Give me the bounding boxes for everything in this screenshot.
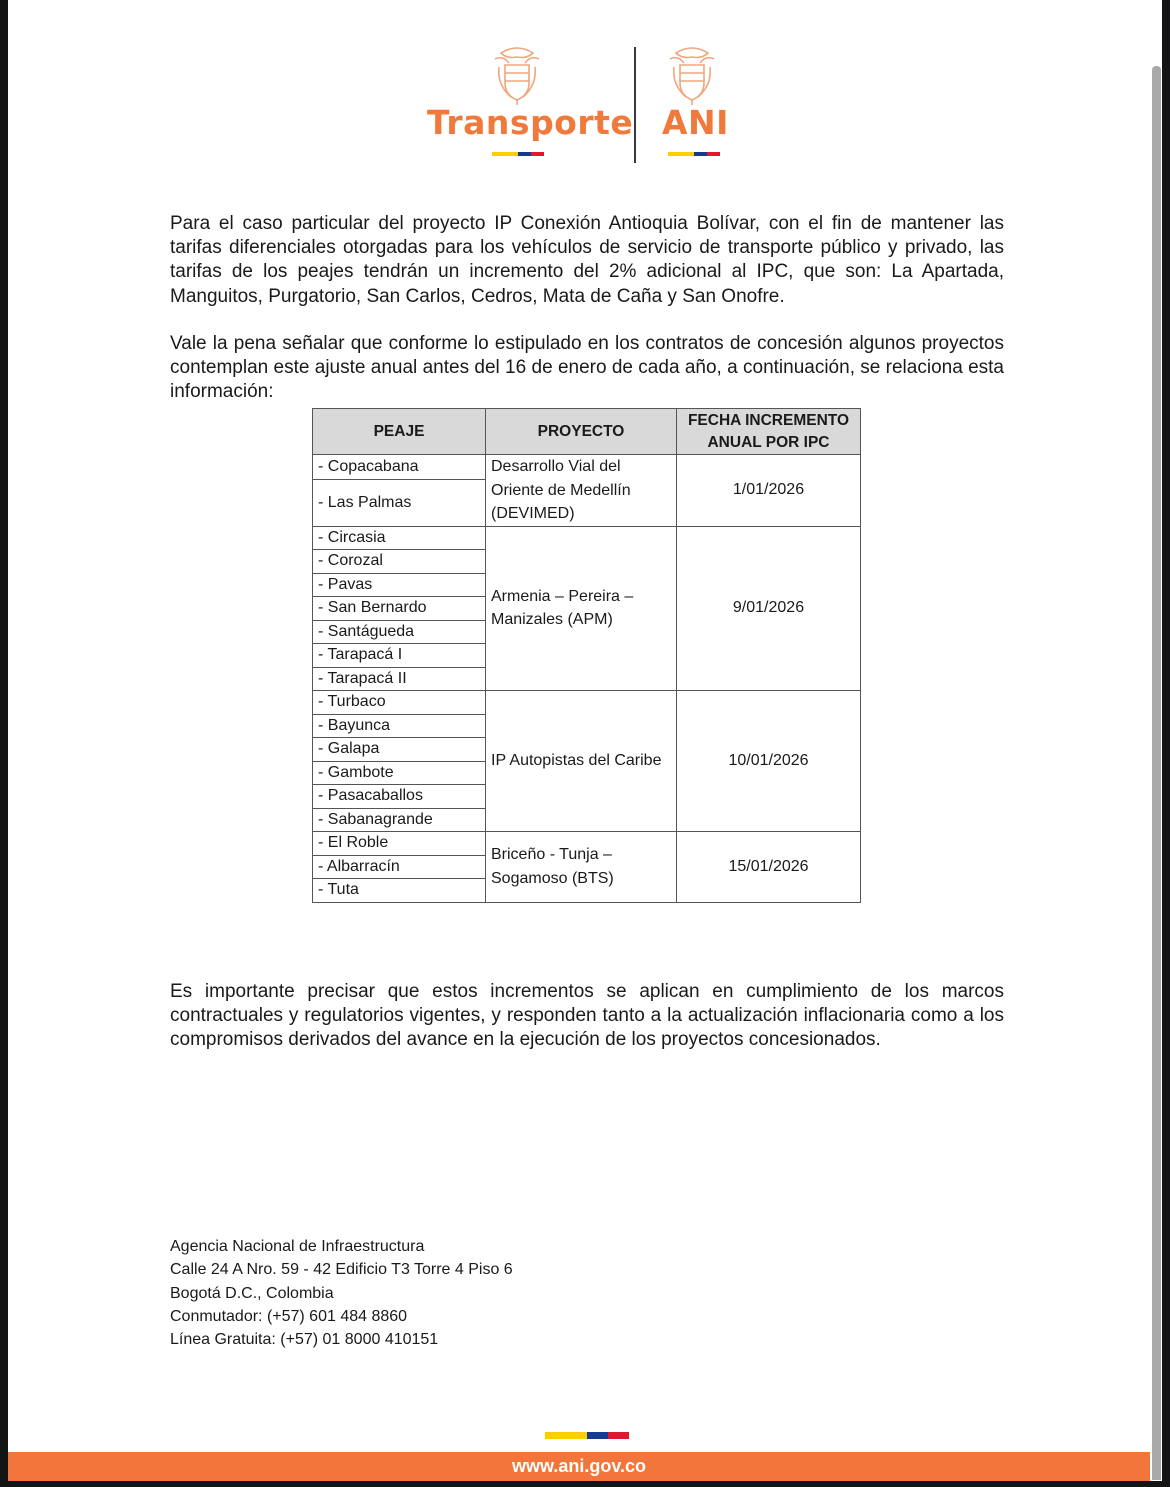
coat-of-arms-icon: [491, 45, 543, 105]
address-line: Línea Gratuita: (+57) 01 8000 410151: [170, 1328, 513, 1351]
toll-name-cell: - Circasia: [313, 526, 486, 550]
address-line: Agencia Nacional de Infraestructura: [170, 1235, 513, 1258]
paragraph-ajuste-anual: Vale la pena señalar que conforme lo est…: [170, 332, 1004, 405]
toll-name-cell: - Las Palmas: [313, 479, 486, 526]
toll-name-cell: - Pavas: [313, 573, 486, 597]
project-cell: Desarrollo Vial del Oriente de Medellín …: [486, 455, 677, 527]
toll-increment-table: PEAJE PROYECTO FECHA INCREMENTO ANUAL PO…: [312, 408, 861, 903]
toll-name-cell: - Corozal: [313, 550, 486, 574]
date-cell: 15/01/2026: [677, 832, 861, 903]
ani-logo-text: ANI: [662, 103, 729, 142]
toll-name-cell: - San Bernardo: [313, 597, 486, 621]
agency-address: Agencia Nacional de Infraestructura Call…: [170, 1235, 513, 1351]
table-row: - CopacabanaDesarrollo Vial del Oriente …: [313, 455, 861, 480]
toll-name-cell: - Pasacaballos: [313, 785, 486, 809]
flag-stripe-left: [492, 152, 544, 156]
toll-name-cell: - Tarapacá II: [313, 667, 486, 691]
project-cell: IP Autopistas del Caribe: [486, 691, 677, 832]
address-line: Conmutador: (+57) 601 484 8860: [170, 1305, 513, 1328]
scrollbar-thumb[interactable]: [1152, 66, 1161, 1480]
toll-name-cell: - Tarapacá I: [313, 644, 486, 668]
header-fecha: FECHA INCREMENTO ANUAL POR IPC: [677, 409, 861, 455]
coat-of-arms-icon: [666, 45, 718, 105]
toll-name-cell: - Gambote: [313, 761, 486, 785]
toll-name-cell: - Turbaco: [313, 691, 486, 715]
website-footer-link[interactable]: www.ani.gov.co: [8, 1452, 1150, 1481]
flag-stripe-right: [668, 152, 720, 156]
paragraph-conclusion: Es importante precisar que estos increme…: [170, 980, 1004, 1053]
transporte-logo-text: Transporte: [427, 103, 633, 142]
table-row: - El RobleBriceño - Tunja – Sogamoso (BT…: [313, 832, 861, 856]
header-logos: Transporte ANI: [8, 0, 1150, 170]
toll-name-cell: - Albarracín: [313, 855, 486, 879]
toll-name-cell: - Bayunca: [313, 714, 486, 738]
toll-name-cell: - El Roble: [313, 832, 486, 856]
table-row: - TurbacoIP Autopistas del Caribe10/01/2…: [313, 691, 861, 715]
toll-name-cell: - Galapa: [313, 738, 486, 762]
address-line: Bogotá D.C., Colombia: [170, 1282, 513, 1305]
project-cell: Briceño - Tunja – Sogamoso (BTS): [486, 832, 677, 903]
table-row: - CircasiaArmenia – Pereira – Manizales …: [313, 526, 861, 550]
logo-divider: [634, 47, 636, 163]
address-line: Calle 24 A Nro. 59 - 42 Edificio T3 Torr…: [170, 1258, 513, 1281]
table-header-row: PEAJE PROYECTO FECHA INCREMENTO ANUAL PO…: [313, 409, 861, 455]
flag-stripe-footer: [545, 1432, 629, 1439]
date-cell: 1/01/2026: [677, 455, 861, 527]
toll-name-cell: - Santágueda: [313, 620, 486, 644]
date-cell: 10/01/2026: [677, 691, 861, 832]
header-peaje: PEAJE: [313, 409, 486, 455]
date-cell: 9/01/2026: [677, 526, 861, 691]
paragraph-conexion-antioquia: Para el caso particular del proyecto IP …: [170, 212, 1004, 309]
document-page: Transporte ANI Para el caso particular d…: [8, 0, 1150, 1481]
toll-name-cell: - Tuta: [313, 879, 486, 903]
project-cell: Armenia – Pereira – Manizales (APM): [486, 526, 677, 691]
toll-name-cell: - Sabanagrande: [313, 808, 486, 832]
header-proyecto: PROYECTO: [486, 409, 677, 455]
toll-name-cell: - Copacabana: [313, 455, 486, 480]
